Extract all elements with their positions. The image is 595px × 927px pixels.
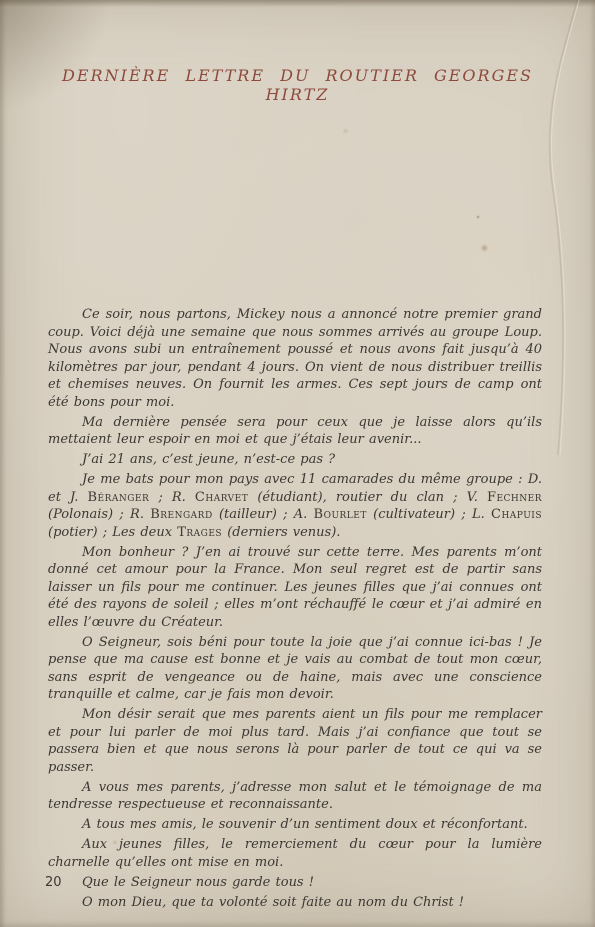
text-segment: A vous mes parents, j’adresse mon salut …: [48, 780, 542, 813]
text-segment: Ce soir, nous partons, Mickey nous a ann…: [48, 307, 542, 410]
text-segment: O mon Dieu, que ta volonté soit faite au…: [82, 895, 464, 910]
letter-paragraph: A vous mes parents, j’adresse mon salut …: [48, 779, 542, 814]
letter-paragraph: J’ai 21 ans, c’est jeune, n’est-ce pas ?: [48, 451, 542, 469]
text-segment: (Polonais) ; R.: [48, 507, 150, 522]
foxing-spot: [342, 128, 349, 134]
text-segment: Ma dernière pensée sera pour ceux que je…: [48, 415, 542, 448]
foxing-spot: [480, 244, 489, 252]
letter-paragraph: Que le Seigneur nous garde tous !: [48, 874, 542, 892]
letter-paragraph: Ce soir, nous partons, Mickey nous a ann…: [48, 306, 542, 411]
text-segment: (potier) ; Les deux: [48, 525, 177, 540]
letter-paragraph: Ma dernière pensée sera pour ceux que je…: [48, 414, 542, 449]
text-segment: (tailleur) ; A.: [213, 507, 314, 522]
letter-paragraph: Je me bats pour mon pays avec 11 camarad…: [48, 471, 542, 541]
letter-paragraph: Aux jeunes filles, le remerciement du cœ…: [48, 836, 542, 871]
person-name: Béranger: [87, 490, 149, 505]
person-name: Fechner: [487, 490, 542, 505]
letter-paragraph: A tous mes amis, le souvenir d’un sentim…: [48, 816, 542, 834]
text-segment: Mon bonheur ? J’en ai trouvé sur cette t…: [48, 545, 542, 630]
foxing-spot: [476, 215, 480, 219]
letter-paragraph: O mon Dieu, que ta volonté soit faite au…: [48, 894, 542, 912]
person-name: Charvet: [195, 490, 248, 505]
person-name: Brengard: [150, 507, 212, 522]
letter-paragraph: Mon bonheur ? J’en ai trouvé sur cette t…: [48, 544, 542, 632]
person-name: Bourlet: [314, 507, 367, 522]
text-segment: A tous mes amis, le souvenir d’un sentim…: [82, 817, 528, 832]
text-segment: (étudiant), routier du clan ; V.: [248, 490, 487, 505]
text-segment: ; R.: [149, 490, 195, 505]
text-segment: J’ai 21 ans, c’est jeune, n’est-ce pas ?: [82, 452, 335, 467]
letter-paragraph: Mon désir serait que mes parents aient u…: [48, 706, 542, 776]
person-name: Trages: [177, 525, 222, 540]
text-segment: Que le Seigneur nous garde tous !: [82, 875, 314, 890]
text-segment: O Seigneur, sois béni pour toute la joie…: [48, 635, 542, 703]
page-number: 20: [45, 875, 62, 890]
text-segment: Aux jeunes filles, le remerciement du cœ…: [48, 837, 542, 870]
letter-paragraph: O Seigneur, sois béni pour toute la joie…: [48, 634, 542, 704]
text-segment: (cultivateur) ; L.: [367, 507, 491, 522]
letter-title: DERNIÈRE LETTRE DU ROUTIER GEORGES HIRTZ: [40, 66, 555, 104]
scanned-page: DERNIÈRE LETTRE DU ROUTIER GEORGES HIRTZ…: [0, 0, 595, 927]
person-name: Chapuis: [491, 507, 542, 522]
text-segment: (derniers venus).: [222, 525, 340, 540]
letter-body: Ce soir, nous partons, Mickey nous a ann…: [48, 306, 542, 914]
text-segment: Mon désir serait que mes parents aient u…: [48, 707, 542, 775]
